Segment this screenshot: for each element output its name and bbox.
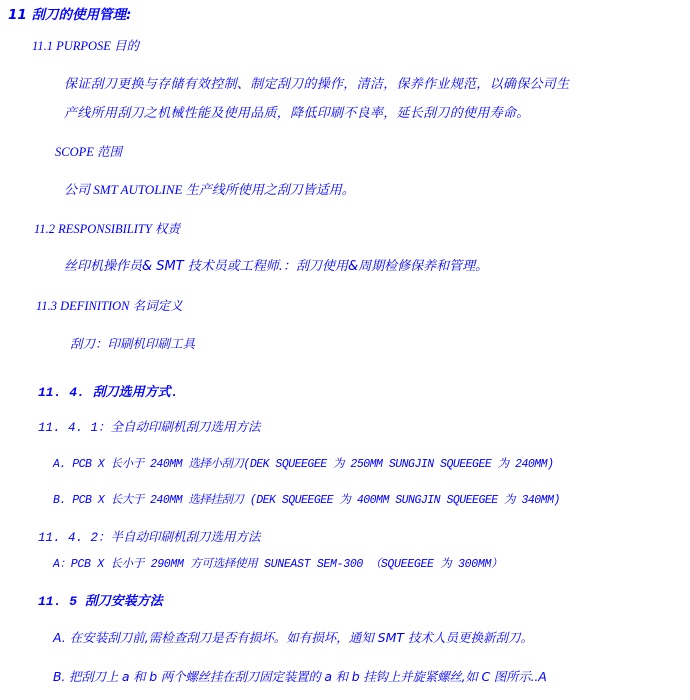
- subsection-heading-selection: 11. 4. 刮刀选用方式.: [38, 386, 178, 399]
- purpose-text-line-1: 保证刮刀更换与存储有效控制、制定刮刀的操作，清洁，保养作业规范，以确保公司生: [64, 78, 569, 91]
- subsection-heading-semi-auto-printer: 11. 4. 2：半自动印刷机刮刀选用方法: [38, 532, 261, 545]
- definition-text: 刮刀：印刷机印刷工具: [70, 338, 195, 351]
- selection-item-b: B. PCB X 长大于 240MM 选择挂刮刀 (DEK SQUEEGEE 为…: [53, 495, 560, 507]
- installation-step-b: B. 把刮刀上 a 和 b 两个螺丝挂在刮刀固定装置的 a 和 b 挂钩上并旋紧…: [53, 671, 547, 684]
- subsection-heading-installation: 11. 5 刮刀安装方法: [38, 595, 163, 608]
- installation-step-a: A. 在安装刮刀前,需检查刮刀是否有损坏。如有损坏，通知 SMT 技术人员更换新…: [53, 632, 533, 645]
- scope-text: 公司 SMT AUTOLINE 生产线所使用之刮刀皆适用。: [64, 183, 355, 196]
- subsection-heading-definition: 11.3 DEFINITION 名词定义: [36, 300, 183, 313]
- selection-item-a: A. PCB X 长小于 240MM 选择小刮刀(DEK SQUEEGEE 为 …: [53, 459, 553, 471]
- subsection-heading-responsibility: 11.2 RESPONSIBILITY 权责: [34, 223, 180, 236]
- responsibility-text: 丝印机操作员& SMT 技术员或工程师.：刮刀使用&周期检修保养和管理。: [64, 260, 488, 273]
- semi-auto-item-a: A：PCB X 长小于 290MM 方可选择使用 SUNEAST SEM-300…: [53, 559, 502, 571]
- purpose-text-line-2: 产线所用刮刀之机械性能及使用品质，降低印刷不良率，延长刮刀的使用寿命。: [64, 107, 530, 120]
- subsection-heading-scope: SCOPE 范围: [55, 146, 122, 159]
- subsection-heading-purpose: 11.1 PURPOSE 目的: [32, 40, 139, 53]
- section-heading-11: 11 刮刀的使用管理:: [8, 9, 131, 23]
- subsection-heading-auto-printer: 11. 4. 1：全自动印刷机刮刀选用方法: [38, 422, 261, 435]
